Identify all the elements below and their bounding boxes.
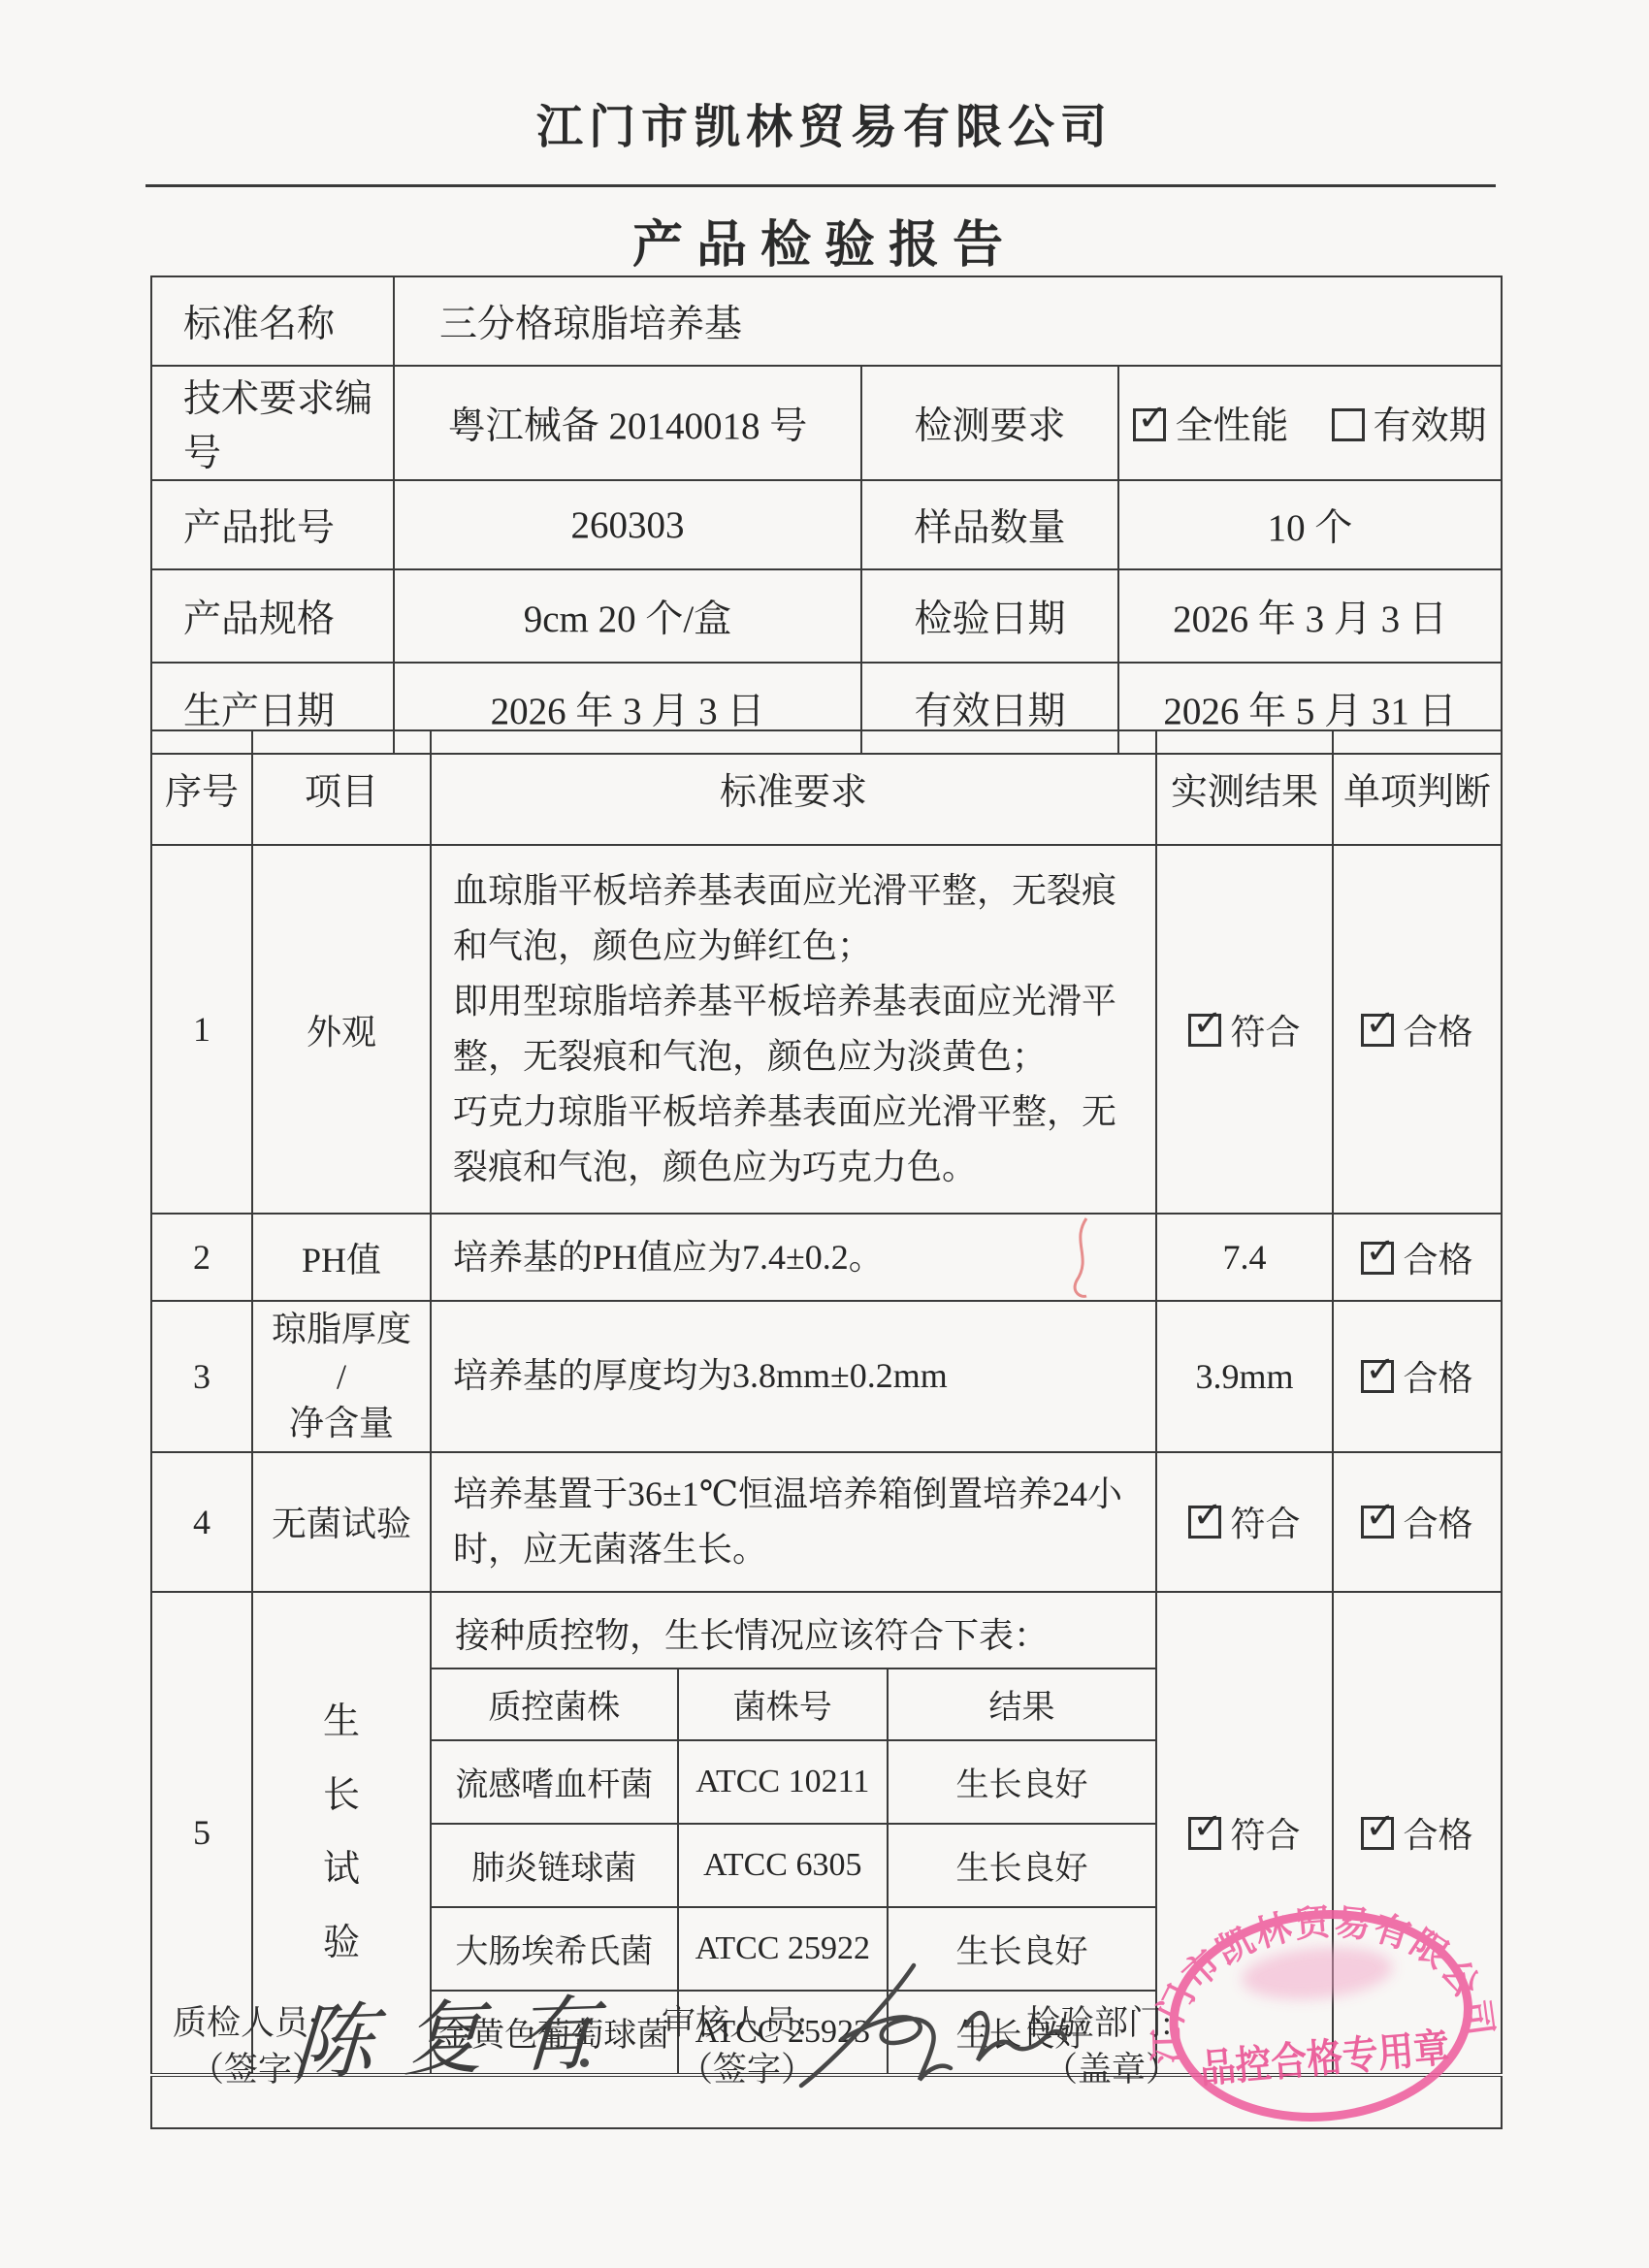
row2-result: 7.4 (1156, 1214, 1333, 1301)
row5-item-vertical-text: 生长试验 (320, 1685, 363, 1980)
standard-name-label: 标准名称 (151, 276, 394, 366)
strain-col-header: 质控菌株 (432, 1669, 678, 1740)
company-qc-stamp: 江门市凯林贸易有限公司 品控合格专用章 (1126, 1874, 1516, 2162)
table-row: 标准名称 三分格琼脂培养基 (151, 276, 1502, 366)
checked-checkbox-icon (1361, 1817, 1394, 1850)
col-header-judgement: 单项判断 (1333, 730, 1502, 845)
checked-checkbox-icon (1133, 408, 1166, 441)
requirement-paragraph: 巧克力琼脂平板培养基表面应光滑平整，无裂痕和气泡，颜色应为巧克力色。 (453, 1085, 1134, 1195)
row3-item-line: 净含量 (259, 1400, 424, 1447)
table-row: 产品批号 260303 样品数量 10 个 (151, 480, 1502, 569)
row5-result-label: 符合 (1230, 1816, 1300, 1855)
batch-no-value: 260303 (394, 480, 861, 569)
qc-handwritten-signature: 陈复有 (290, 1967, 628, 2096)
row3-item-line: 琼脂厚度 (259, 1306, 424, 1353)
strain-intro: 接种质控物，生长情况应该符合下表： (432, 1593, 1155, 1668)
row2-judgement-label: 合格 (1403, 1241, 1472, 1280)
report-title: 产品检验报告 (0, 204, 1649, 276)
row4-result: 符合 (1156, 1452, 1333, 1592)
requirement-paragraph: 血琼脂平板培养基表面应光滑平整，无裂痕和气泡，颜色应为鲜红色； (453, 863, 1134, 974)
row2-no: 2 (151, 1214, 252, 1301)
strain-name: 肺炎链球菌 (432, 1824, 678, 1907)
row3-requirement: 培养基的厚度均为3.8mm±0.2mm (431, 1301, 1156, 1452)
results-header-row: 序号 项目 标准要求 实测结果 单项判断 (151, 730, 1502, 845)
strain-result: 生长良好 (888, 1740, 1155, 1824)
col-header-item: 项目 (252, 730, 431, 845)
row3-item-line: / (259, 1353, 424, 1401)
row3-judgement-label: 合格 (1403, 1359, 1472, 1398)
unchecked-checkbox-icon (1332, 408, 1365, 441)
row4-judgement: 合格 (1333, 1452, 1502, 1592)
requirement-paragraph: 即用型琼脂培养基平板培养基表面应光滑平整，无裂痕和气泡，颜色应为淡黄色； (453, 974, 1134, 1085)
row3-no: 3 (151, 1301, 252, 1452)
product-info-table: 标准名称 三分格琼脂培养基 技术要求编号 粤江械备 20140018 号 检测要… (150, 275, 1503, 755)
table-row-thickness: 3 琼脂厚度 / 净含量 培养基的厚度均为3.8mm±0.2mm 3.9mm 合… (151, 1301, 1502, 1452)
test-date-value: 2026 年 3 月 3 日 (1118, 569, 1502, 663)
strain-row: 肺炎链球菌 ATCC 6305 生长良好 (432, 1824, 1155, 1907)
standard-name-value: 三分格琼脂培养基 (394, 276, 1502, 366)
row2-item: PH值 (252, 1214, 431, 1301)
table-row: 产品规格 9cm 20 个/盒 检验日期 2026 年 3 月 3 日 (151, 569, 1502, 663)
scanned-report-page: 江门市凯林贸易有限公司 产品检验报告 标准名称 三分格琼脂培养基 技术要求编号 … (0, 0, 1649, 2268)
signature-ink-dot (580, 2058, 589, 2067)
row1-requirement: 血琼脂平板培养基表面应光滑平整，无裂痕和气泡，颜色应为鲜红色； 即用型琼脂培养基… (431, 845, 1156, 1214)
row1-judgement: 合格 (1333, 845, 1502, 1214)
row1-result-label: 符合 (1230, 1013, 1300, 1052)
test-req-option-validity: 有效期 (1374, 405, 1487, 447)
row5-judgement-label: 合格 (1403, 1816, 1472, 1855)
checked-checkbox-icon (1361, 1360, 1394, 1393)
reviewer-signature-scribble (776, 1954, 1067, 2099)
strain-header-row: 质控菌株 菌株号 结果 (432, 1669, 1155, 1740)
col-header-requirement: 标准要求 (431, 730, 1156, 845)
strain-row: 流感嗜血杆菌 ATCC 10211 生长良好 (432, 1740, 1155, 1824)
checked-checkbox-icon (1361, 1014, 1394, 1047)
strain-code: ATCC 6305 (678, 1824, 888, 1907)
tech-req-no-label: 技术要求编号 (151, 366, 394, 480)
row2-judgement: 合格 (1333, 1214, 1502, 1301)
checked-checkbox-icon (1188, 1817, 1221, 1850)
tech-req-no-value: 粤江械备 20140018 号 (394, 366, 861, 480)
row1-item: 外观 (252, 845, 431, 1214)
stamp-center-text: 品控合格专用章 (1198, 2025, 1451, 2091)
row1-judgement-label: 合格 (1403, 1013, 1472, 1052)
batch-no-label: 产品批号 (151, 480, 394, 569)
title-divider (145, 184, 1496, 187)
company-name: 江门市凯林贸易有限公司 (0, 89, 1649, 156)
row4-judgement-label: 合格 (1403, 1505, 1472, 1543)
table-row: 技术要求编号 粤江械备 20140018 号 检测要求 全性能有效期 (151, 366, 1502, 480)
strain-result: 生长良好 (888, 1824, 1155, 1907)
scan-artifact-mark (1063, 1215, 1106, 1308)
col-header-result: 实测结果 (1156, 730, 1333, 845)
table-row-sterility: 4 无菌试验 培养基置于36±1℃恒温培养箱倒置培养24小时，应无菌落生长。 符… (151, 1452, 1502, 1592)
row1-no: 1 (151, 845, 252, 1214)
test-req-option-full-performance: 全性能 (1175, 405, 1288, 447)
col-header-no: 序号 (151, 730, 252, 845)
row3-item: 琼脂厚度 / 净含量 (252, 1301, 431, 1452)
sample-qty-label: 样品数量 (861, 480, 1118, 569)
test-requirement-label: 检测要求 (861, 366, 1118, 480)
checked-checkbox-icon (1188, 1506, 1221, 1539)
test-date-label: 检验日期 (861, 569, 1118, 663)
strain-col-header: 结果 (888, 1669, 1155, 1740)
checked-checkbox-icon (1361, 1242, 1394, 1275)
sample-qty-value: 10 个 (1118, 480, 1502, 569)
table-row-appearance: 1 外观 血琼脂平板培养基表面应光滑平整，无裂痕和气泡，颜色应为鲜红色； 即用型… (151, 845, 1502, 1214)
row1-result: 符合 (1156, 845, 1333, 1214)
table-row-ph: 2 PH值 培养基的PH值应为7.4±0.2。 7.4 合格 (151, 1214, 1502, 1301)
row3-result: 3.9mm (1156, 1301, 1333, 1452)
row4-requirement: 培养基置于36±1℃恒温培养箱倒置培养24小时，应无菌落生长。 (431, 1452, 1156, 1592)
strain-code: ATCC 10211 (678, 1740, 888, 1824)
row2-requirement: 培养基的PH值应为7.4±0.2。 (431, 1214, 1156, 1301)
checked-checkbox-icon (1361, 1506, 1394, 1539)
row4-result-label: 符合 (1230, 1505, 1300, 1543)
row4-no: 4 (151, 1452, 252, 1592)
row3-judgement: 合格 (1333, 1301, 1502, 1452)
strain-col-header: 菌株号 (678, 1669, 888, 1740)
strain-name: 流感嗜血杆菌 (432, 1740, 678, 1824)
spec-label: 产品规格 (151, 569, 394, 663)
test-requirement-value: 全性能有效期 (1118, 366, 1502, 480)
checked-checkbox-icon (1188, 1014, 1221, 1047)
row4-item: 无菌试验 (252, 1452, 431, 1592)
spec-value: 9cm 20 个/盒 (394, 569, 861, 663)
